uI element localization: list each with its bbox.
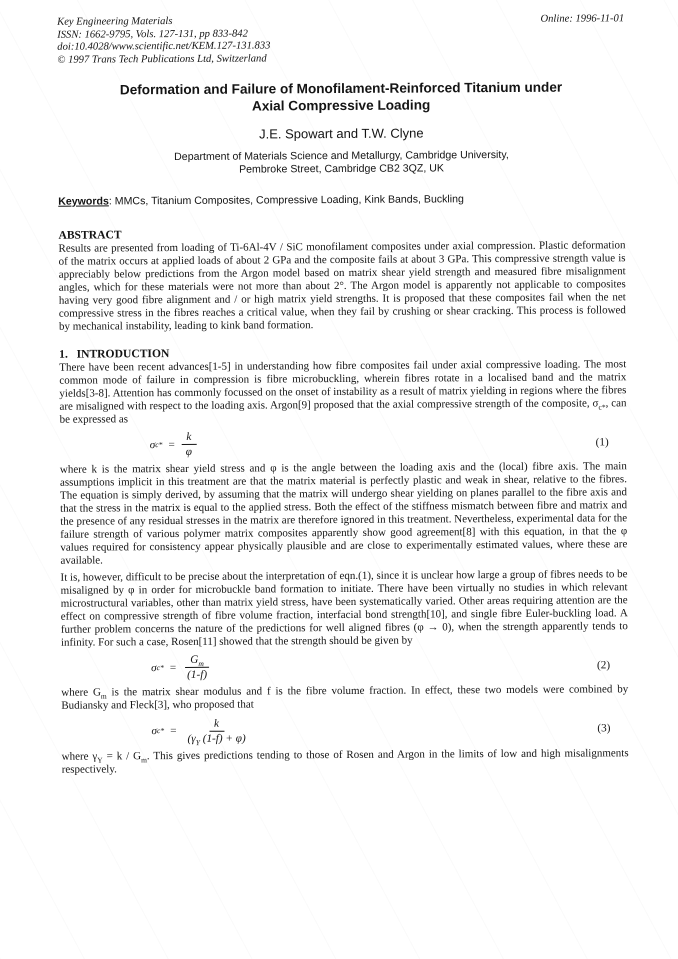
abstract-body: Results are presented from loading of Ti…: [58, 239, 626, 334]
equation-3-number: (3): [597, 722, 610, 734]
equation-2-number: (2): [597, 659, 610, 671]
equation-2-denominator: (1-f): [182, 668, 212, 681]
equation-2: σc*=Gm(1-f) (2): [61, 647, 628, 687]
authors: J.E. Spowart and T.W. Clyne: [58, 124, 625, 142]
gamma-symbol: (γ: [188, 732, 196, 744]
equation-2-numerator: Gm: [185, 654, 209, 668]
affiliation-line2: Pembroke Street, Cambridge CB2 3QZ, UK: [58, 162, 625, 179]
equation-1-denominator: φ: [181, 445, 197, 458]
equation-3-numerator: k: [209, 717, 224, 731]
equation-1-fraction: kφ: [181, 431, 197, 458]
introduction-para4: where Gm is the matrix shear modulus and…: [61, 684, 628, 714]
equation-3-fraction: k(γY (1-f) + φ): [182, 717, 250, 744]
page-content: Key Engineering Materials ISSN: 1662-979…: [0, 0, 678, 777]
introduction-para1: There have been recent advances[1-5] in …: [59, 358, 626, 427]
journal-header: Key Engineering Materials ISSN: 1662-979…: [57, 13, 624, 67]
shear-modulus-sub: m: [198, 660, 204, 669]
equation-3: σc*=k(γY (1-f) + φ) (3): [61, 710, 628, 750]
keywords-text: : MMCs, Titanium Composites, Compressive…: [109, 193, 464, 207]
journal-header-left: Key Engineering Materials ISSN: 1662-979…: [57, 15, 270, 67]
equation-1-numerator: k: [181, 431, 196, 445]
journal-name: Key Engineering Materials: [57, 15, 270, 29]
equation-2-body: σc*=Gm(1-f): [151, 654, 212, 681]
equation-1-number: (1): [596, 436, 609, 448]
introduction-para4-tail: is the matrix shear modulus and f is the…: [61, 684, 628, 712]
equation-3-denominator-tail: (1-f) + φ): [200, 732, 246, 744]
keywords-label: Keywords: [58, 195, 109, 207]
keywords-line: Keywords: MMCs, Titanium Composites, Com…: [58, 192, 625, 207]
introduction-para2: where k is the matrix shear yield stress…: [60, 460, 628, 568]
equation-2-lhs: σ: [151, 662, 157, 674]
equals-sign: =: [168, 439, 174, 451]
scanned-paper-page: Key Engineering Materials ISSN: 1662-979…: [0, 0, 678, 959]
introduction-para1-text: There have been recent advances[1-5] in …: [59, 358, 626, 413]
paper-title: Deformation and Failure of Monofilament-…: [57, 78, 624, 117]
introduction-para5-mid: = k / G: [103, 750, 141, 762]
online-date: Online: 1996-11-01: [540, 13, 624, 26]
equation-3-body: σc*=k(γY (1-f) + φ): [151, 717, 250, 745]
introduction-para5-tail: . This gives predictions tending to thos…: [62, 747, 629, 775]
equation-1-body: σc*=kφ: [150, 431, 197, 458]
introduction-para3: It is, however, difficult to be precise …: [60, 568, 627, 650]
introduction-para4-text: where G: [61, 687, 101, 699]
copyright-line: © 1997 Trans Tech Publications Ltd, Swit…: [57, 54, 270, 68]
affiliation: Department of Materials Science and Meta…: [58, 148, 625, 178]
equation-3-lhs: σ: [151, 725, 157, 737]
paper-title-line2: Axial Compressive Loading: [58, 96, 625, 117]
introduction-para5: where γY = k / Gm. This gives prediction…: [62, 747, 629, 777]
introduction-para5-text: where γ: [62, 750, 98, 762]
equation-1-lhs: σ: [150, 439, 156, 451]
equals-sign: =: [170, 662, 176, 674]
equals-sign: =: [170, 725, 176, 737]
equation-1: σc*=kφ (1): [60, 423, 627, 463]
equation-2-fraction: Gm(1-f): [182, 654, 212, 681]
equation-3-denominator: (γY (1-f) + φ): [182, 731, 250, 744]
